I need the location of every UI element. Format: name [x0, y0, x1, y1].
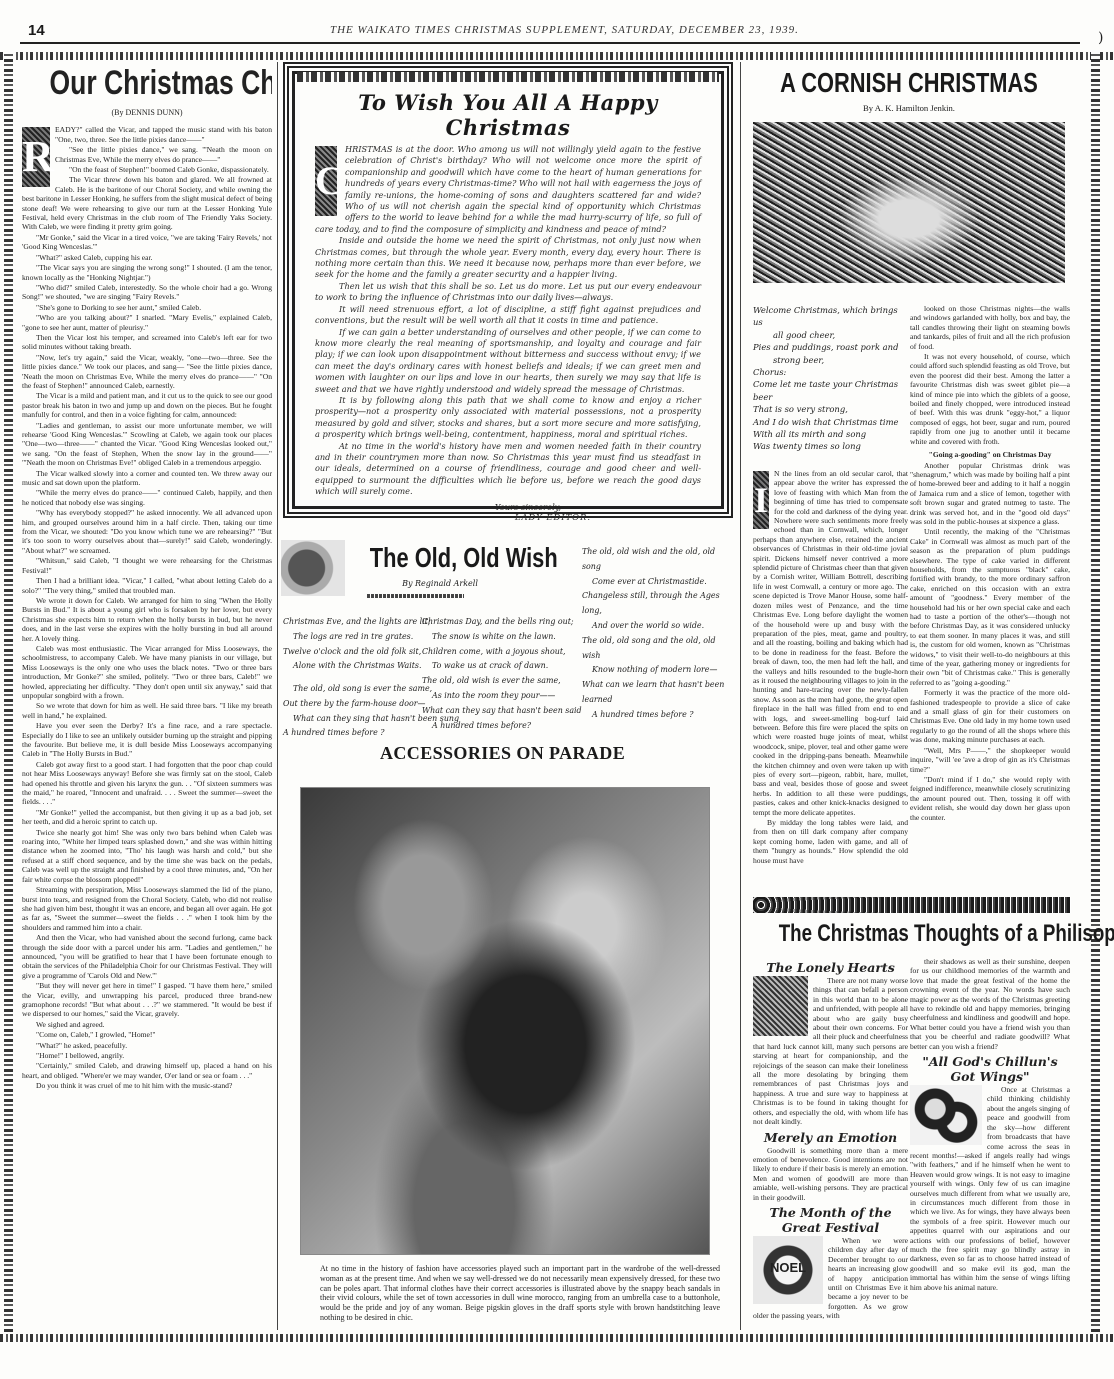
paragraph: "See the little pixies dance," we sang. …: [22, 145, 272, 164]
article-body: EADY?" called the Vicar, and tapped the …: [22, 125, 272, 1090]
paragraph: "What?" he asked, peacefully.: [22, 1041, 272, 1050]
paragraph: "Ladies and gentleman, to assist our mor…: [22, 421, 272, 468]
paragraph: Have you ever seen the Derby? It's a fin…: [22, 721, 272, 759]
paragraph: It will need strenuous effort, a lot of …: [315, 304, 701, 327]
noel-wreath-illustration: NOEL: [753, 1236, 823, 1304]
poem-stanza-3: The old, old wish and the old, old songC…: [582, 545, 732, 723]
angels-illustration: [910, 1085, 982, 1145]
poem-title: The Old, Old Wish: [370, 540, 510, 576]
cornish-title: A CORNISH CHRISTMAS: [779, 66, 1040, 100]
page-number: 14: [28, 22, 45, 39]
verse-line: What can they say that hasn't been said: [422, 704, 582, 719]
byline: (By DENNIS DUNN): [22, 108, 272, 117]
paragraph: "Now, let's try again," said the Vicar, …: [22, 353, 272, 391]
philosopher-column-a: The Lonely Hearts There are not many wor…: [753, 957, 908, 1335]
ornament-divider-icon: [367, 594, 464, 598]
window-figure-illustration: [753, 976, 808, 1036]
verse-line: Was twenty times so long: [753, 440, 908, 452]
paragraph: And then the Vicar, who had vanished abo…: [22, 933, 272, 980]
paragraph: HRISTMAS is at the door. Who among us wi…: [315, 144, 701, 235]
dropcap-i-icon: I: [753, 471, 769, 529]
paragraph: "She's gone to Dorking to see her aunt,"…: [22, 303, 272, 312]
accessories-photograph: [300, 787, 710, 1255]
dropcap-r-icon: R: [22, 127, 50, 187]
paragraph: "Who are you talking about?" I snarled. …: [22, 313, 272, 332]
verse-line: Chorus:: [753, 366, 908, 378]
snowy-cottage-illustration: [281, 540, 345, 596]
paragraph: "Home!" I bellowed, angrily.: [22, 1051, 272, 1060]
verse-line: Come ever at Christmastide.: [582, 575, 732, 590]
verse-line: A hundred times before ?: [582, 708, 732, 723]
section-heading-lonely-hearts: The Lonely Hearts: [753, 960, 908, 975]
verse-line: The snow is white on the lawn.: [422, 630, 582, 645]
paragraph: The Vicar walked slowly into a corner an…: [22, 469, 272, 488]
paragraph: By midday the long tables were laid, and…: [753, 818, 908, 865]
verse-line: Welcome Christmas, which brings us: [753, 304, 908, 329]
verse-line: And over the world so wide.: [582, 619, 732, 634]
section-heading-gods-chillun: "All God's Chillun's Got Wings": [910, 1054, 1070, 1084]
paragraph: It is by following along this path that …: [315, 395, 701, 441]
verse-line: Come let me taste your Christmas beer: [753, 378, 908, 403]
paragraph: Do you think it was cruel of me to hit h…: [22, 1081, 272, 1090]
paragraph: The Vicar is a mild and patient man, and…: [22, 391, 272, 419]
verse-line: The old, old wish and the old, old song: [582, 545, 732, 575]
section-heading-great-festival: The Month of the Great Festival: [753, 1205, 908, 1235]
paragraph: Another popular Christmas drink was "she…: [910, 461, 1070, 527]
paragraph: So we wrote that down for him as well. H…: [22, 701, 272, 720]
verse-line: Children come, with a joyous shout,: [422, 645, 582, 660]
cornish-column-a: I N the lines from an old secular carol,…: [753, 469, 908, 877]
letter-closing: Yours sincerely,: [315, 502, 701, 512]
verse-line: And I do wish that Christmas time: [753, 416, 908, 428]
verse-line: Christmas Day, and the bells ring out;: [422, 615, 582, 630]
paragraph: "Well, Mrs P——," the shopkeeper would in…: [910, 746, 1070, 774]
column-rule: [277, 62, 278, 1330]
newspaper-header: THE WAIKATO TIMES CHRISTMAS SUPPLEMENT, …: [330, 24, 799, 36]
verse-line: The old, old song and the old, old wish: [582, 634, 732, 664]
article-our-christmas-choir: Our Christmas Choir (By DENNIS DUNN) R E…: [22, 62, 272, 1332]
paragraph: Caleb got away first to a good start. I …: [22, 760, 272, 807]
paragraph: EADY?" called the Vicar, and tapped the …: [22, 125, 272, 144]
paragraph: "On the feast of Stephen!" boomed Caleb …: [22, 165, 272, 174]
subheading: "Going a-gooding" on Christmas Day: [910, 450, 1070, 459]
paragraph: Then the Vicar lost his temper, and scre…: [22, 333, 272, 352]
section-heading-merely-an-emotion: Merely an Emotion: [753, 1130, 908, 1145]
paragraph: "The Vicar says you are singing the wron…: [22, 263, 272, 282]
paragraph: "Come on, Caleb," I growled, "Home!": [22, 1030, 272, 1039]
paragraph: Formerly it was the practice of the more…: [910, 688, 1070, 744]
paragraph: Caleb was most enthusiastic. The Vicar a…: [22, 644, 272, 700]
paragraph: Then I had a brilliant idea. "Vicar," I …: [22, 576, 272, 595]
letter-signature: LADY EDITOR.: [315, 512, 701, 522]
noel-label: NOEL: [753, 1260, 823, 1275]
feast-woodcut-illustration: [753, 122, 1065, 283]
dropcap-c-icon: C: [315, 146, 337, 216]
verse-line: As into the room they pour——: [422, 689, 582, 704]
paragraph: Until recently, the making of the "Chris…: [910, 527, 1070, 687]
paragraph: "Why has everybody stopped?" he asked in…: [22, 508, 272, 555]
paragraph: If we can gain a better understanding of…: [315, 327, 701, 395]
verse-line: strong beer,: [753, 354, 908, 366]
letter-body: C HRISTMAS is at the door. Who among us …: [315, 144, 701, 522]
paragraph: N the lines from an old secular carol, t…: [753, 469, 908, 817]
happy-christmas-letter-box: To Wish You All A Happy Christmas C HRIS…: [283, 62, 733, 518]
cornish-column-b: looked on those Christmas nights—the wal…: [910, 304, 1070, 877]
fruit-garland-border-icon: [753, 897, 1071, 913]
carol-verse: Welcome Christmas, which brings usall go…: [753, 304, 908, 453]
verse-line: A hundred times before?: [422, 719, 582, 734]
paragraph: Twice she nearly got him! She was only t…: [22, 828, 272, 884]
paragraph: "Mr Gonke!" yelled the accompanist, but …: [22, 808, 272, 827]
verse-line: What can we learn that hasn't been learn…: [582, 678, 732, 708]
ornamental-border-right: [1091, 52, 1100, 1342]
verse-line: Pies and puddings, roast pork and: [753, 341, 908, 353]
paragraph: We wrote it down for Caleb. We arranged …: [22, 596, 272, 643]
paragraph: "Who did?" smiled Caleb, interestedly. S…: [22, 283, 272, 302]
scan-mark: ): [1098, 30, 1103, 46]
paragraph: It was not every household, of course, w…: [910, 352, 1070, 446]
paragraph: "Certainly," smiled Caleb, and drawing h…: [22, 1061, 272, 1080]
accessories-title: ACCESSORIES ON PARADE: [380, 743, 625, 764]
paragraph: At no time in the world's history have m…: [315, 441, 701, 498]
paragraph: Inside and outside the home we need the …: [315, 235, 701, 281]
paragraph: Streaming with perspiration, Miss Loosew…: [22, 885, 272, 932]
section-text: their shadows as well as their sunshine,…: [910, 957, 1070, 1051]
paragraph: "While the merry elves do prance——" cont…: [22, 488, 272, 507]
cornish-byline: By A. K. Hamilton Jenkin.: [742, 103, 1076, 113]
poem-byline: By Reginald Arkell: [350, 579, 530, 588]
philosopher-column-b: their shadows as well as their sunshine,…: [910, 957, 1070, 1335]
paragraph: The Vicar threw down his baton and glare…: [22, 175, 272, 231]
paragraph: "Mr Gonke," said the Vicar in a tired vo…: [22, 233, 272, 252]
paragraph: We sighed and agreed.: [22, 1020, 272, 1029]
article-title: Our Christmas Choir: [50, 62, 245, 104]
accessories-caption: At no time in the history of fashion hav…: [320, 1264, 720, 1323]
ornamental-border-bottom: [0, 1334, 1114, 1342]
column-rule: [740, 62, 741, 1330]
ornamental-border-top: [0, 52, 1114, 60]
verse-line: To wake us at crack of dawn.: [422, 659, 582, 674]
poem-stanza-2: Christmas Day, and the bells ring out;Th…: [422, 615, 582, 733]
letter-title: To Wish You All A Happy Christmas: [315, 90, 701, 140]
paragraph: "What?" asked Caleb, cupping his ear.: [22, 253, 272, 262]
paragraph: Then let us wish that this shall be so. …: [315, 281, 701, 304]
section-text: Goodwill is something more than a mere e…: [753, 1146, 908, 1202]
verse-line: The old, old wish is ever the same,: [422, 674, 582, 689]
verse-line: all good cheer,: [753, 329, 908, 341]
verse-line: Changeless still, through the Ages long,: [582, 589, 732, 619]
paragraph: looked on those Christmas nights—the wal…: [910, 304, 1070, 351]
verse-line: Know nothing of modern lore—: [582, 663, 732, 678]
paragraph: "Whitsun," said Caleb, "I thought we wer…: [22, 556, 272, 575]
paragraph: "But they will never get here in time!" …: [22, 981, 272, 1019]
header-rule: [20, 42, 1080, 44]
masthead: 14 THE WAIKATO TIMES CHRISTMAS SUPPLEMEN…: [20, 0, 1100, 50]
holly-wreath-border-icon: [297, 72, 719, 82]
paragraph: "Don't mind if I do," she would reply wi…: [910, 775, 1070, 822]
ornamental-border-left: [4, 52, 13, 1342]
verse-line: With all its mirth and song: [753, 428, 908, 440]
verse-line: That is so very strong,: [753, 403, 908, 415]
philosopher-title: The Christmas Thoughts of a Philisopher: [779, 918, 1040, 950]
